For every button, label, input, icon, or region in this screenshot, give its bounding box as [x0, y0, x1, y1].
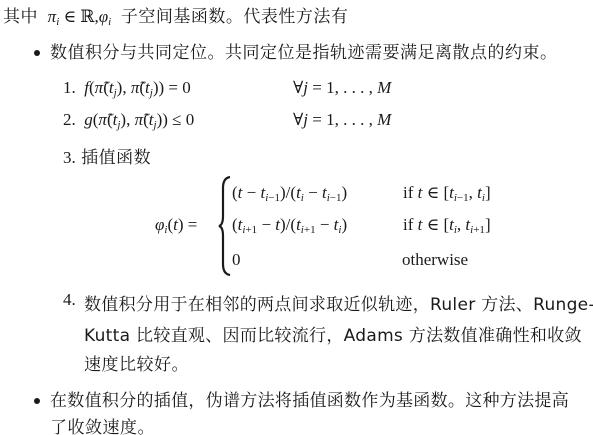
intro-suffix: 子空间基函数。代表性方法有 — [121, 7, 349, 27]
case-3-expr: 0 — [232, 250, 241, 270]
bullet-icon — [34, 398, 40, 404]
list-item-1: 1. f(π̃(tj), π̃(tj)) = 0 — [63, 78, 191, 98]
case-2-cond: if t ∈ [ti, ti+1] — [403, 215, 491, 235]
item-4-line-3: 速度比较好。 — [84, 350, 189, 375]
left-brace-icon — [218, 176, 232, 276]
intro-line: 其中 πi ∈ ℝ,φi 子空间基函数。代表性方法有 — [3, 2, 348, 27]
item-number: 3. — [63, 148, 76, 167]
intro-prefix: 其中 — [3, 7, 38, 27]
item-4-line-2: Kutta 比较直观、因而比较流行，Adams 方法数值准确性和收敛 — [84, 321, 582, 346]
case-1-expr: (t − ti−1)/(ti − ti−1) — [232, 183, 347, 203]
bullet-2-line-2: 了收敛速度。 — [50, 413, 155, 435]
bullet-2-line-1: 在数值积分的插值，伪谱方法将插值函数作为基函数。这种方法提高 — [50, 386, 569, 411]
item-number: 4. — [63, 290, 76, 310]
item-1-quantifier: ∀j = 1, . . . , M — [293, 78, 391, 98]
item-1-expr: f(π̃(tj), π̃(tj)) = 0 — [80, 78, 191, 97]
case-3-cond: otherwise — [402, 250, 468, 270]
intro-math: πi ∈ ℝ,φi — [43, 7, 115, 26]
case-2-expr: (ti+1 − t)/(ti+1 − ti) — [232, 215, 347, 235]
item-number: 1. — [63, 78, 76, 97]
list-item-2: 2. g(π̃(tj), π̃(tj)) ≤ 0 — [63, 110, 194, 130]
item-2-expr: g(π̃(tj), π̃(tj)) ≤ 0 — [80, 110, 194, 129]
item-number: 2. — [63, 110, 76, 129]
item-2-quantifier: ∀j = 1, . . . , M — [293, 110, 391, 130]
bullet-1-text: 数值积分与共同定位。共同定位是指轨迹需要满足离散点的约束。 — [50, 38, 558, 63]
piecewise-lhs: φi(t) = — [155, 215, 197, 235]
item-4-line-1: 数值积分用于在相邻的两点间求取近似轨迹，Ruler 方法、Runge- — [84, 290, 593, 315]
list-item-3: 3. 插值函数 — [63, 143, 151, 168]
item-3-label: 插值函数 — [81, 148, 151, 168]
bullet-icon — [34, 50, 40, 56]
case-1-cond: if t ∈ [ti−1, ti] — [403, 183, 491, 203]
